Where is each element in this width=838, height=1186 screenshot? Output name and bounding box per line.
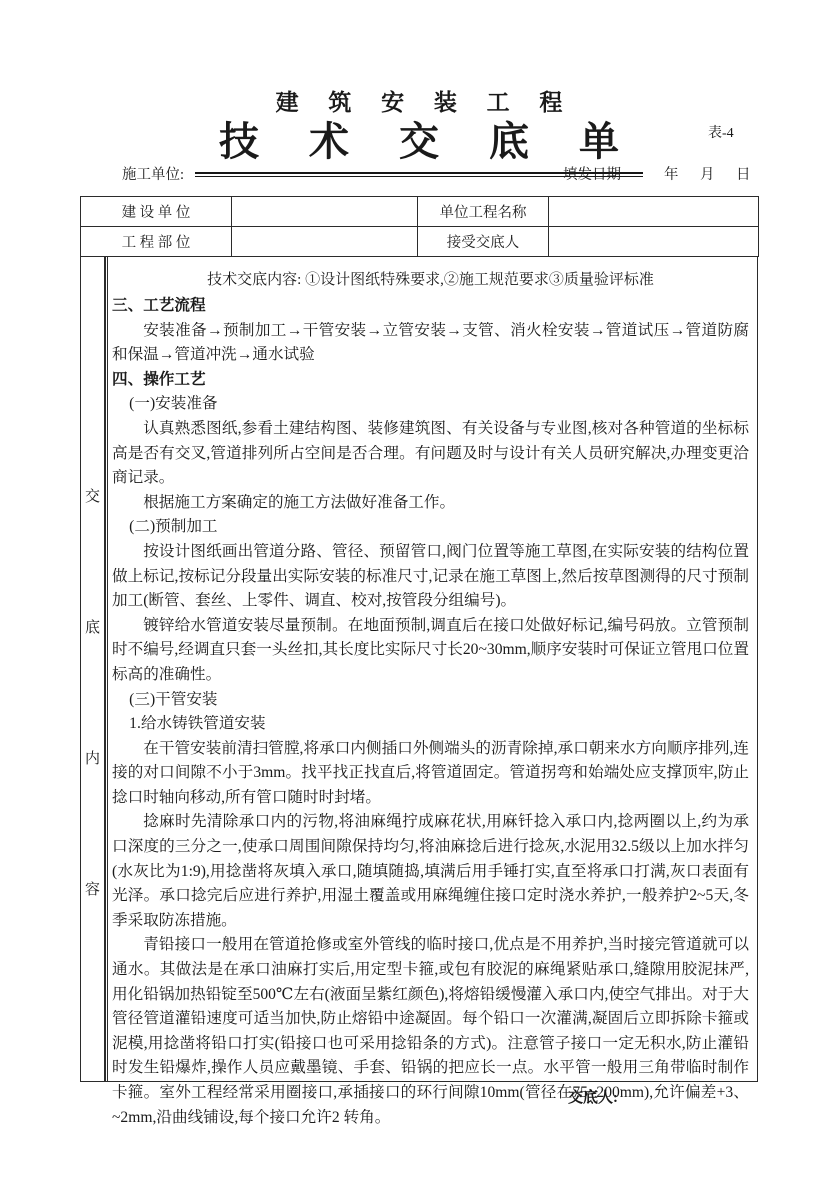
info-label: 接受交底人 [418,227,549,257]
disclosure-paragraphs: 三、工艺流程安装准备→预制加工→干管安装→立管安装→支管、消火栓安装→管道试压→… [112,294,749,1130]
disclosure-content: 技术交底内容: ①设计图纸特殊要求,②施工规范要求③质量验评标准 三、工艺流程安… [107,257,757,1081]
meta-row: 施工单位: 填发日期 年 月 日 [80,163,758,185]
info-value [549,227,759,257]
paragraph: 认真熟悉图纸,参看土建结构图、装修建筑图、有关设备与专业图,核对各种管道的坐标标… [112,417,749,491]
fill-date-label: 填发日期 [563,163,621,184]
info-value [232,197,418,227]
info-label: 建 设 单 位 [81,197,232,227]
sidebar-char: 交 [85,485,100,506]
paragraph: (二)预制加工 [112,515,749,540]
paragraph: 捻麻时先清除承口内的污物,将油麻绳拧成麻花状,用麻钎捻入承口内,捻两圈以上,约为… [112,810,749,933]
section-heading: 三、工艺流程 [112,294,749,319]
section-heading: 四、操作工艺 [112,368,749,393]
paragraph: 1.给水铸铁管道安装 [112,712,749,737]
info-label: 单位工程名称 [418,197,549,227]
paragraph: (一)安装准备 [112,392,749,417]
info-table-body: 建 设 单 位单位工程名称工 程 部 位接受交底人 [81,197,759,257]
info-value [232,227,418,257]
paragraph: 根据施工方案确定的施工方法做好准备工作。 [112,491,749,516]
paragraph: 按设计图纸画出管道分路、管径、预留管口,阀门位置等施工草图,在实际安装的结构位置… [112,540,749,614]
paragraph: 青铅接口一般用在管道抢修或室外管线的临时接口,优点是不用养护,当时接完管道就可以… [112,933,749,1130]
paragraph: 安装准备→预制加工→干管安装→立管安装→支管、消火栓安装→管道试压→管道防腐和保… [112,319,749,368]
date-month-label: 月 [700,163,715,184]
date-day-label: 日 [736,163,751,184]
info-table-row: 工 程 部 位接受交底人 [81,227,759,257]
discloser-label: 交底人: [568,1086,618,1107]
sidebar-vertical-label: 交底内容 [81,257,106,1081]
info-table-row: 建 设 单 位单位工程名称 [81,197,759,227]
content-heading: 技术交底内容: ①设计图纸特殊要求,②施工规范要求③质量验评标准 [112,257,749,294]
paragraph: 镀锌给水管道安装尽量预制。在地面预制,调直后在接口处做好标记,编号码放。立管预制… [112,614,749,688]
document-page: 建 筑 安 装 工 程 技 术 交 底 单 表-4 施工单位: 填发日期 年 月… [0,0,838,1186]
construction-unit-label: 施工单位: [122,163,184,184]
paragraph: (三)干管安装 [112,688,749,713]
sidebar-char: 底 [85,616,100,637]
date-year-label: 年 [664,163,679,184]
sidebar-char: 容 [85,878,100,899]
sidebar-char: 内 [85,747,100,768]
paragraph: 在干管安装前清扫管膛,将承口内侧插口外侧端头的沥青除掉,承口朝来水方向顺序排列,… [112,737,749,811]
info-table: 建 设 单 位单位工程名称工 程 部 位接受交底人 [80,196,759,257]
info-label: 工 程 部 位 [81,227,232,257]
info-value [549,197,759,227]
disclosure-box: 交底内容 技术交底内容: ①设计图纸特殊要求,②施工规范要求③质量验评标准 三、… [80,256,758,1082]
form-number: 表-4 [708,122,734,142]
